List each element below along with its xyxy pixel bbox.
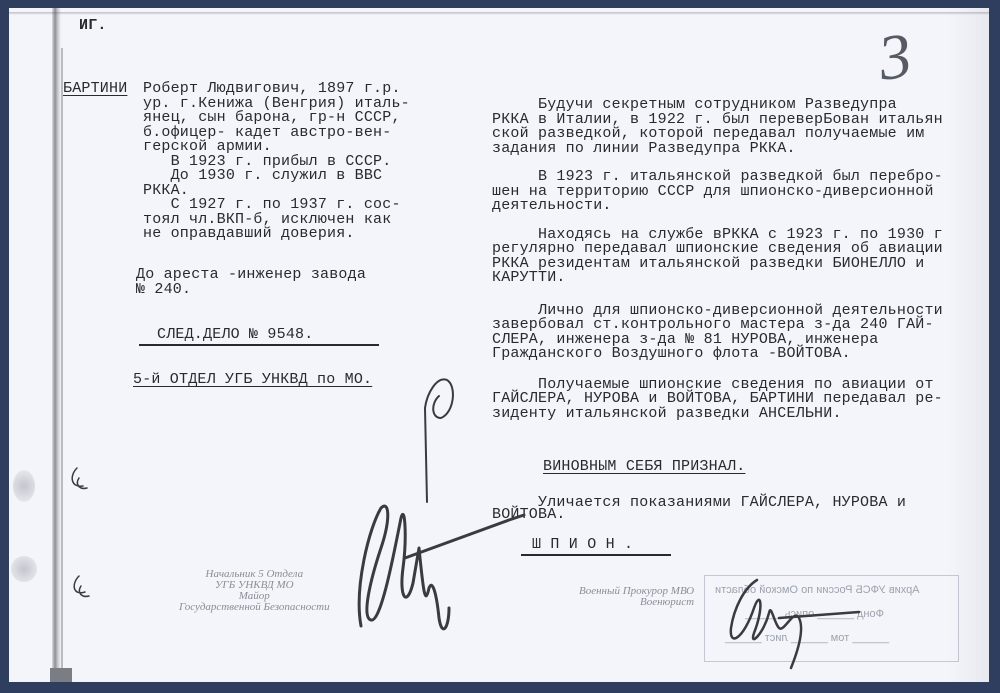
handwritten-marks: [9, 8, 989, 682]
signature-right: [731, 580, 859, 668]
margin-mark: [74, 576, 89, 596]
signature-left: [359, 506, 524, 629]
margin-mark: [72, 468, 87, 488]
document-page: 3 ИГ. БАРТИНИ Роберт Людвигович, 1897 г.…: [9, 8, 989, 682]
approval-mark: [425, 379, 453, 502]
